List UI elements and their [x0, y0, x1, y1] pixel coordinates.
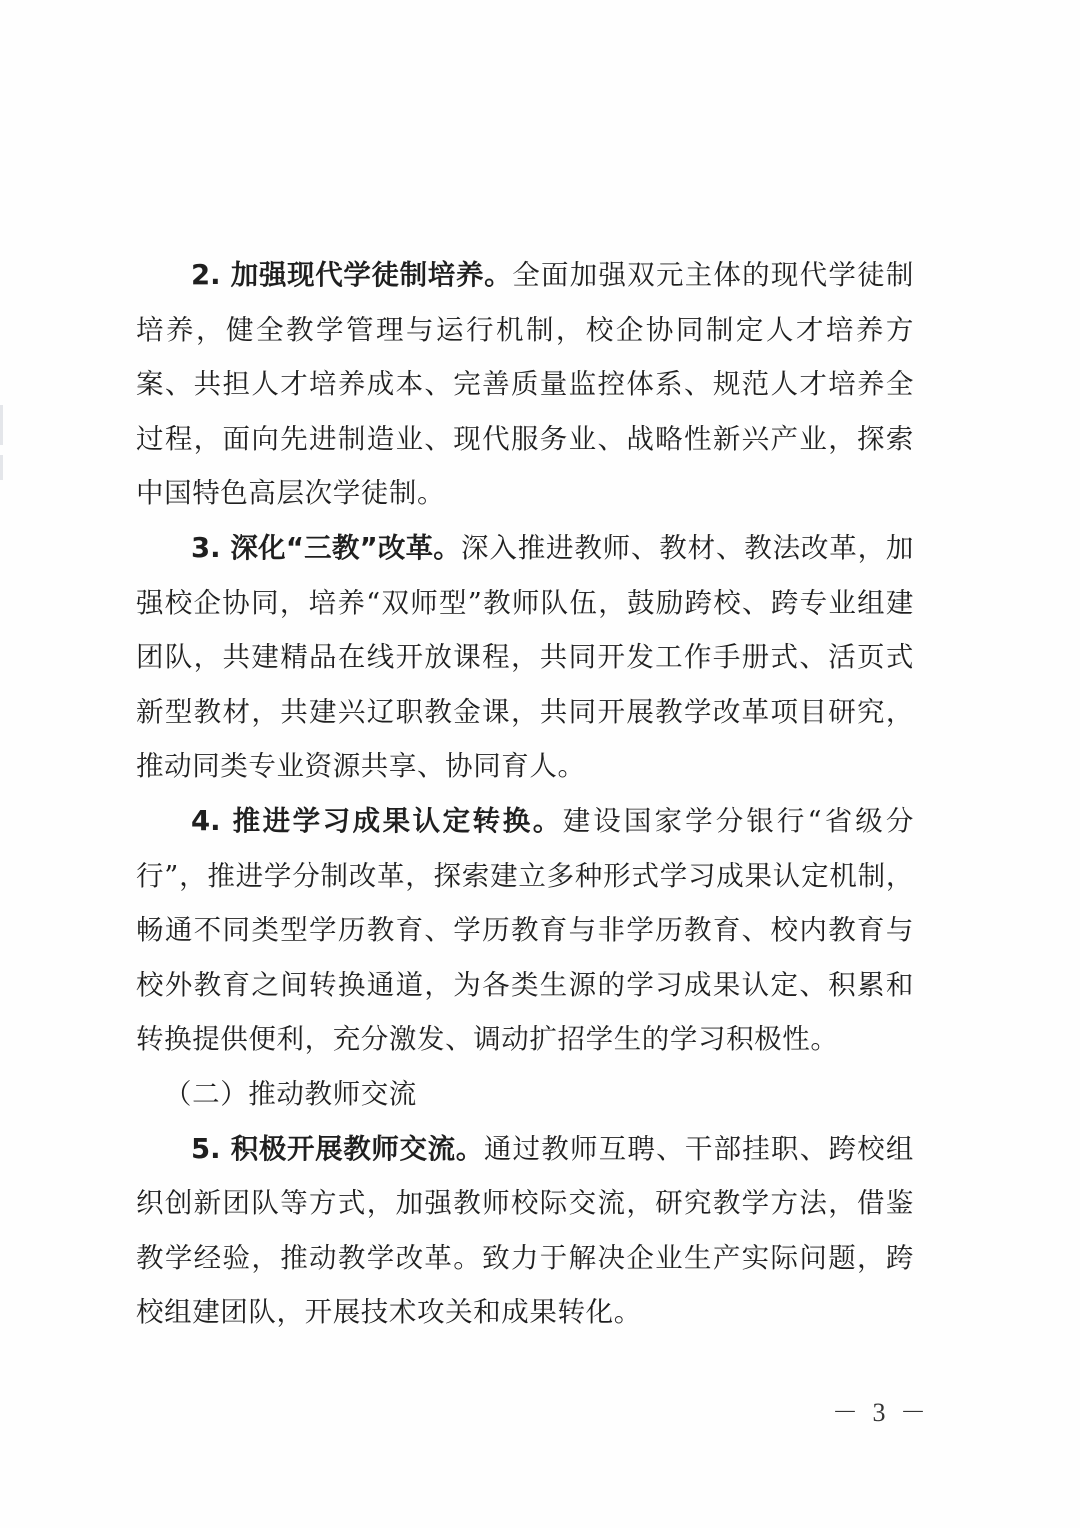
paragraph-learning-credit-conversion: 4. 推进学习成果认定转换。建设国家学分银行“省级分行”，推进学分制改革，探索建…	[136, 794, 914, 1067]
scan-edge-mark	[0, 455, 3, 480]
document-page: 2. 加强现代学徒制培养。全面加强双元主体的现代学徒制培养，健全教学管理与运行机…	[0, 0, 1080, 1528]
document-body: 2. 加强现代学徒制培养。全面加强双元主体的现代学徒制培养，健全教学管理与运行机…	[136, 248, 914, 1340]
page-number: － 3 －	[832, 1392, 930, 1429]
paragraph-heading: 5. 积极开展教师交流。	[191, 1133, 484, 1165]
paragraph-teacher-exchange: 5. 积极开展教师交流。通过教师互聘、干部挂职、跨校组织创新团队等方式，加强教师…	[136, 1122, 914, 1340]
paragraph-apprenticeship: 2. 加强现代学徒制培养。全面加强双元主体的现代学徒制培养，健全教学管理与运行机…	[136, 248, 914, 521]
paragraph-heading: 2. 加强现代学徒制培养。	[191, 259, 512, 291]
paragraph-heading: 3. 深化“三教”改革。	[191, 532, 461, 564]
scan-edge-mark	[0, 405, 3, 445]
paragraph-heading: 4. 推进学习成果认定转换。	[191, 805, 563, 837]
paragraph-text: 深入推进教师、教材、教法改革，加强校企协同，培养“双师型”教师队伍，鼓励跨校、跨…	[136, 532, 914, 782]
paragraph-text: 建设国家学分银行“省级分行”，推进学分制改革，探索建立多种形式学习成果认定机制，…	[136, 805, 914, 1055]
section-heading: （二）推动教师交流	[136, 1067, 914, 1122]
paragraph-three-teaching-reform: 3. 深化“三教”改革。深入推进教师、教材、教法改革，加强校企协同，培养“双师型…	[136, 521, 914, 794]
paragraph-text: 全面加强双元主体的现代学徒制培养，健全教学管理与运行机制，校企协同制定人才培养方…	[136, 259, 914, 509]
